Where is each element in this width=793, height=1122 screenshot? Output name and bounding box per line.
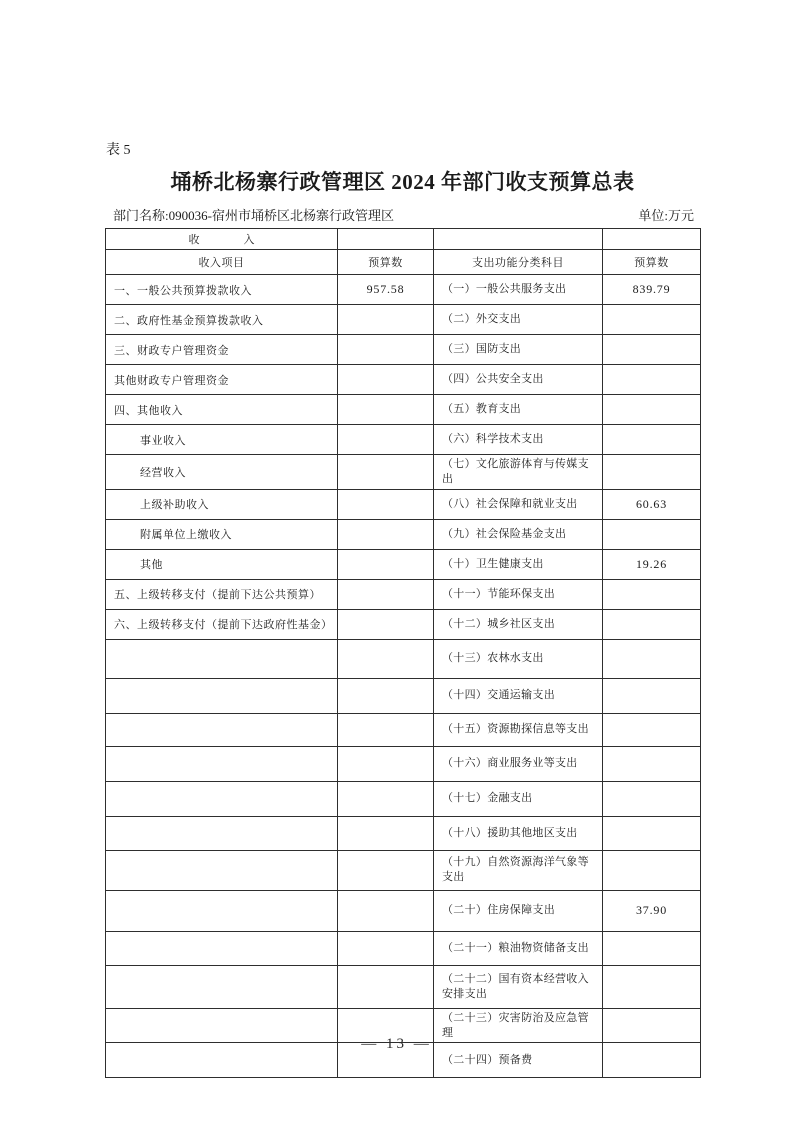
table-row: 事业收入（六）科学技术支出 [106, 425, 701, 455]
expense-budget-cell [603, 746, 701, 781]
expense-budget-cell [603, 850, 701, 890]
expense-budget-cell: 60.63 [603, 489, 701, 519]
unit-label: 单位:万元 [638, 205, 694, 224]
income-budget-cell [338, 305, 434, 335]
page-title: 埇桥北杨寨行政管理区 2024 年部门收支预算总表 [105, 166, 700, 196]
income-item-cell: 六、上级转移支付（提前下达政府性基金） [106, 609, 338, 639]
table-row: 二、政府性基金预算拨款收入（二）外交支出 [106, 305, 701, 335]
income-item-cell: 其他财政专户管理资金 [106, 365, 338, 395]
col-header-expense-category: 支出功能分类科目 [434, 250, 603, 275]
expense-item-cell: （十五）资源勘探信息等支出 [434, 713, 603, 746]
expense-item-cell: （一）一般公共服务支出 [434, 275, 603, 305]
income-item-cell: 五、上级转移支付（提前下达公共预算） [106, 579, 338, 609]
expense-budget-cell [603, 965, 701, 1008]
income-budget-cell [338, 519, 434, 549]
expense-item-cell: （二十二）国有资本经营收入安排支出 [434, 965, 603, 1008]
expense-budget-cell [603, 395, 701, 425]
income-budget-cell [338, 890, 434, 931]
expense-item-cell: （四）公共安全支出 [434, 365, 603, 395]
income-budget-cell [338, 609, 434, 639]
income-budget-cell [338, 549, 434, 579]
table-row: （二十一）粮油物资储备支出 [106, 931, 701, 965]
income-group-header-row: 收 入 [106, 229, 701, 250]
table-row: （十三）农林水支出 [106, 639, 701, 678]
col-header-income-budget: 预算数 [338, 250, 434, 275]
income-budget-cell [338, 365, 434, 395]
empty-header-cell [338, 229, 434, 250]
income-item-cell [106, 850, 338, 890]
expense-budget-cell [603, 305, 701, 335]
expense-budget-cell [603, 713, 701, 746]
expense-item-cell: （十二）城乡社区支出 [434, 609, 603, 639]
income-budget-cell [338, 965, 434, 1008]
income-budget-cell: 957.58 [338, 275, 434, 305]
income-budget-cell [338, 678, 434, 713]
income-item-cell: 经营收入 [106, 455, 338, 490]
expense-item-cell: （十七）金融支出 [434, 781, 603, 816]
income-budget-cell [338, 639, 434, 678]
expense-budget-cell [603, 816, 701, 850]
expense-item-cell: （二十）住房保障支出 [434, 890, 603, 931]
expense-budget-cell [603, 931, 701, 965]
income-budget-cell [338, 713, 434, 746]
empty-header-cell [603, 229, 701, 250]
income-item-cell: 三、财政专户管理资金 [106, 335, 338, 365]
table-row: 其他财政专户管理资金（四）公共安全支出 [106, 365, 701, 395]
table-row: （二十）住房保障支出37.90 [106, 890, 701, 931]
income-budget-cell [338, 455, 434, 490]
table-number-label: 表 5 [106, 139, 131, 159]
income-item-cell: 二、政府性基金预算拨款收入 [106, 305, 338, 335]
expense-budget-cell [603, 519, 701, 549]
expense-budget-cell [603, 579, 701, 609]
expense-item-cell: （十四）交通运输支出 [434, 678, 603, 713]
expense-budget-cell: 19.26 [603, 549, 701, 579]
income-budget-cell [338, 781, 434, 816]
expense-budget-cell: 37.90 [603, 890, 701, 931]
budget-table: 收 入 收入项目 预算数 支出功能分类科目 预算数 一、一般公共预算拨款收入95… [105, 228, 701, 1078]
col-header-expense-budget: 预算数 [603, 250, 701, 275]
budget-table-body: 一、一般公共预算拨款收入957.58（一）一般公共服务支出839.79二、政府性… [106, 275, 701, 1078]
expense-budget-cell [603, 678, 701, 713]
table-row: （十六）商业服务业等支出 [106, 746, 701, 781]
income-item-cell [106, 816, 338, 850]
expense-item-cell: （十）卫生健康支出 [434, 549, 603, 579]
income-item-cell [106, 781, 338, 816]
income-budget-cell [338, 850, 434, 890]
income-budget-cell [338, 425, 434, 455]
income-budget-cell [338, 395, 434, 425]
expense-item-cell: （七）文化旅游体育与传媒支出 [434, 455, 603, 490]
income-item-cell [106, 890, 338, 931]
table-row: 上级补助收入（八）社会保障和就业支出60.63 [106, 489, 701, 519]
meta-row: 部门名称:090036-宿州市埇桥区北杨寨行政管理区 单位:万元 [105, 205, 700, 224]
table-row: 四、其他收入（五）教育支出 [106, 395, 701, 425]
income-item-cell [106, 746, 338, 781]
expense-budget-cell [603, 425, 701, 455]
table-row: 其他（十）卫生健康支出19.26 [106, 549, 701, 579]
income-budget-cell [338, 335, 434, 365]
income-item-cell: 事业收入 [106, 425, 338, 455]
table-row: （十四）交通运输支出 [106, 678, 701, 713]
income-budget-cell [338, 579, 434, 609]
col-header-income-item: 收入项目 [106, 250, 338, 275]
expense-item-cell: （九）社会保险基金支出 [434, 519, 603, 549]
page-number: — 13 — [0, 1036, 793, 1053]
table-row: （十七）金融支出 [106, 781, 701, 816]
expense-item-cell: （六）科学技术支出 [434, 425, 603, 455]
expense-budget-cell [603, 609, 701, 639]
column-header-row: 收入项目 预算数 支出功能分类科目 预算数 [106, 250, 701, 275]
expense-budget-cell [603, 781, 701, 816]
expense-budget-cell [603, 639, 701, 678]
expense-item-cell: （五）教育支出 [434, 395, 603, 425]
expense-item-cell: （十六）商业服务业等支出 [434, 746, 603, 781]
document-page: 表 5 埇桥北杨寨行政管理区 2024 年部门收支预算总表 部门名称:09003… [0, 0, 793, 1122]
expense-item-cell: （三）国防支出 [434, 335, 603, 365]
table-row: 三、财政专户管理资金（三）国防支出 [106, 335, 701, 365]
income-item-cell: 四、其他收入 [106, 395, 338, 425]
empty-header-cell [434, 229, 603, 250]
table-row: 六、上级转移支付（提前下达政府性基金）（十二）城乡社区支出 [106, 609, 701, 639]
expense-item-cell: （二十一）粮油物资储备支出 [434, 931, 603, 965]
table-row: 经营收入（七）文化旅游体育与传媒支出 [106, 455, 701, 490]
table-row: 附属单位上缴收入（九）社会保险基金支出 [106, 519, 701, 549]
income-item-cell [106, 713, 338, 746]
table-row: （十八）援助其他地区支出 [106, 816, 701, 850]
expense-budget-cell [603, 335, 701, 365]
expense-item-cell: （十一）节能环保支出 [434, 579, 603, 609]
income-item-cell: 附属单位上缴收入 [106, 519, 338, 549]
income-item-cell: 一、一般公共预算拨款收入 [106, 275, 338, 305]
income-item-cell [106, 639, 338, 678]
income-item-cell: 其他 [106, 549, 338, 579]
expense-item-cell: （八）社会保障和就业支出 [434, 489, 603, 519]
income-item-cell [106, 678, 338, 713]
table-row: （十九）自然资源海洋气象等支出 [106, 850, 701, 890]
income-item-cell [106, 931, 338, 965]
table-row: 一、一般公共预算拨款收入957.58（一）一般公共服务支出839.79 [106, 275, 701, 305]
table-row: 五、上级转移支付（提前下达公共预算）（十一）节能环保支出 [106, 579, 701, 609]
income-item-cell [106, 965, 338, 1008]
expense-item-cell: （十八）援助其他地区支出 [434, 816, 603, 850]
income-budget-cell [338, 489, 434, 519]
expense-item-cell: （十九）自然资源海洋气象等支出 [434, 850, 603, 890]
income-budget-cell [338, 746, 434, 781]
income-budget-cell [338, 931, 434, 965]
expense-item-cell: （十三）农林水支出 [434, 639, 603, 678]
expense-item-cell: （二）外交支出 [434, 305, 603, 335]
income-group-header-cell: 收 入 [106, 229, 338, 250]
expense-budget-cell [603, 455, 701, 490]
table-row: （十五）资源勘探信息等支出 [106, 713, 701, 746]
expense-budget-cell: 839.79 [603, 275, 701, 305]
department-name: 部门名称:090036-宿州市埇桥区北杨寨行政管理区 [113, 205, 394, 224]
income-item-cell: 上级补助收入 [106, 489, 338, 519]
income-budget-cell [338, 816, 434, 850]
expense-budget-cell [603, 365, 701, 395]
table-row: （二十二）国有资本经营收入安排支出 [106, 965, 701, 1008]
